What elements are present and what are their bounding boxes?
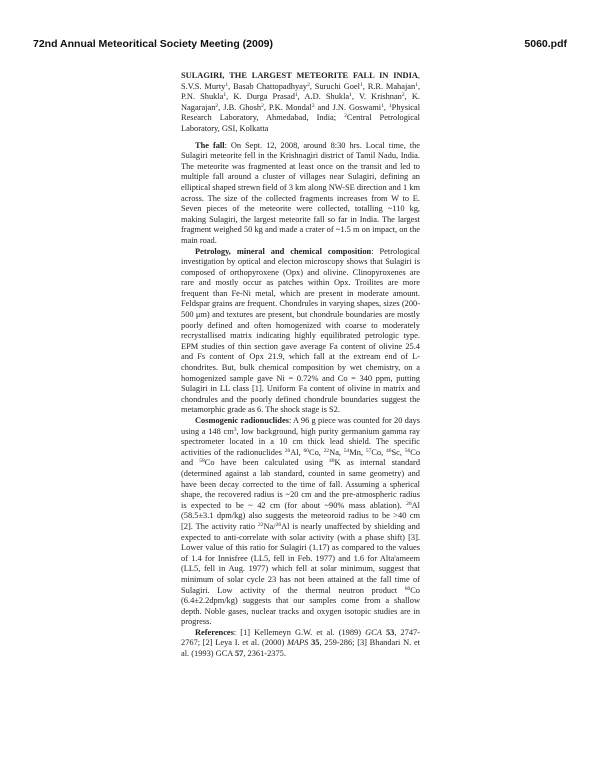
file-name: 5060.pdf [524,38,567,50]
title-block: SULAGIRI, THE LARGEST METEORITE FALL IN … [181,71,420,135]
section-fall: The fall: On Sept. 12, 2008, around 8:30… [181,141,420,247]
section-cosmogenic: Cosmogenic radionuclides: A 96 g piece w… [181,416,420,628]
section-references: References: [1] Kellemeyn G.W. et al. (1… [181,628,420,660]
page-header: 72nd Annual Meteoritical Society Meeting… [33,38,567,54]
author-list: S.V.S. Murty1, Basab Chattopadhyay2, Sur… [181,82,420,112]
paper-title: SULAGIRI, THE LARGEST METEORITE FALL IN … [181,71,418,80]
section-petrology: Petrology, mineral and chemical composit… [181,247,420,417]
abstract-column: SULAGIRI, THE LARGEST METEORITE FALL IN … [181,71,420,660]
conference-title: 72nd Annual Meteoritical Society Meeting… [33,38,273,50]
